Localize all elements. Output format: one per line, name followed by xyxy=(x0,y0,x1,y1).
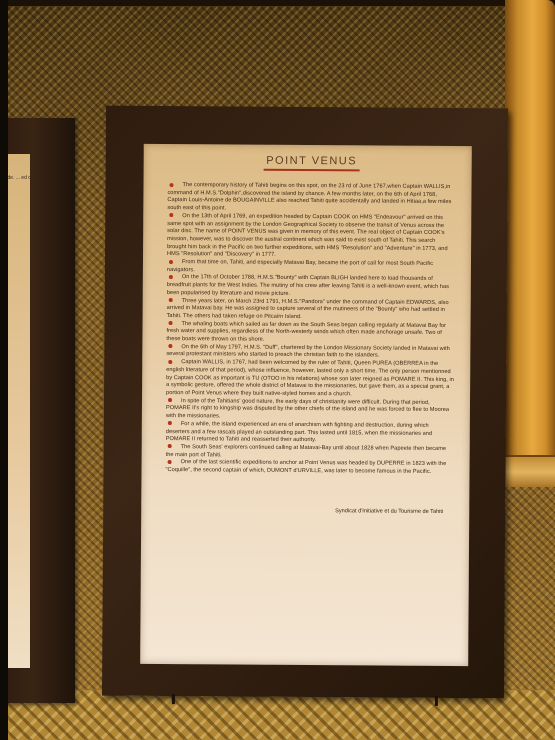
left-edge-shadow xyxy=(0,0,8,740)
nail xyxy=(172,694,175,704)
sign-paragraph: One of the last scientific expeditions t… xyxy=(165,459,453,476)
paragraph-text: On the 17th of October 1788, H.M.S."Boun… xyxy=(167,275,449,297)
bullet-icon xyxy=(169,298,173,302)
bullet-icon xyxy=(168,460,172,464)
sign-paragraph: For a while, the island experienced an e… xyxy=(166,421,454,446)
sign-paragraph: In spite of the Tahitians' good nature, … xyxy=(166,398,454,423)
bullet-icon xyxy=(169,260,173,264)
sign-paragraph: On the 13th of April 1769, an expedition… xyxy=(167,213,455,261)
sign-title: POINT VENUS xyxy=(168,154,456,168)
title-underline xyxy=(264,169,360,172)
bullet-icon xyxy=(169,213,173,217)
bamboo-post xyxy=(505,0,555,455)
paragraph-text: The whaling boats which sailed as far do… xyxy=(166,321,446,343)
paragraph-text: In spite of the Tahitians' good nature, … xyxy=(166,398,449,420)
paragraph-text: One of the last scientific expeditions t… xyxy=(166,459,447,474)
sign-credit: Syndicat d'Initiative et du Tourisme de … xyxy=(165,507,453,515)
bullet-icon xyxy=(169,321,173,325)
sign-board: POINT VENUS The contemporary history of … xyxy=(140,144,472,666)
sign-paragraph: The contemporary history of Tahiti begin… xyxy=(167,182,455,215)
sign-paragraph: The whaling boats which sailed as far do… xyxy=(166,321,454,346)
nail xyxy=(435,696,438,706)
bullet-icon xyxy=(170,183,174,187)
bullet-icon xyxy=(169,275,173,279)
sign-frame: POINT VENUS The contemporary history of … xyxy=(102,106,508,699)
paragraph-text: Three years later, on March 23rd 1791, H… xyxy=(167,298,449,320)
sign-paragraph: Captain WALLIS, in 1767, had been welcom… xyxy=(166,359,454,400)
paragraph-text: The contemporary history of Tahiti begin… xyxy=(167,182,451,211)
paragraph-text: For a while, the island experienced an e… xyxy=(166,421,432,443)
bullet-icon xyxy=(168,344,172,348)
sign-paragraphs: The contemporary history of Tahiti begin… xyxy=(165,182,455,477)
paragraph-text: From that time on, Tahiti, and especiall… xyxy=(167,259,433,273)
bullet-icon xyxy=(168,360,172,364)
left-sign-frame: eside. ... ed on ... e ... ie ... he ...… xyxy=(0,118,75,703)
paragraph-text: On the 13th of April 1769, an expedition… xyxy=(167,213,448,258)
sign-paragraph: Three years later, on March 23rd 1791, H… xyxy=(167,298,455,323)
bullet-icon xyxy=(168,398,172,402)
bullet-icon xyxy=(168,444,172,448)
paragraph-text: Captain WALLIS, in 1767, had been welcom… xyxy=(166,359,454,397)
bullet-icon xyxy=(168,421,172,425)
ceiling-shadow xyxy=(0,0,555,6)
paragraph-text: The South Seas' explorers continued call… xyxy=(166,444,447,458)
paragraph-text: On the 6th of May 1797, H.M.S. "Duff", c… xyxy=(166,344,449,359)
bamboo-post-base xyxy=(498,455,555,487)
sign-paragraph: On the 17th of October 1788, H.M.S."Boun… xyxy=(167,274,455,299)
